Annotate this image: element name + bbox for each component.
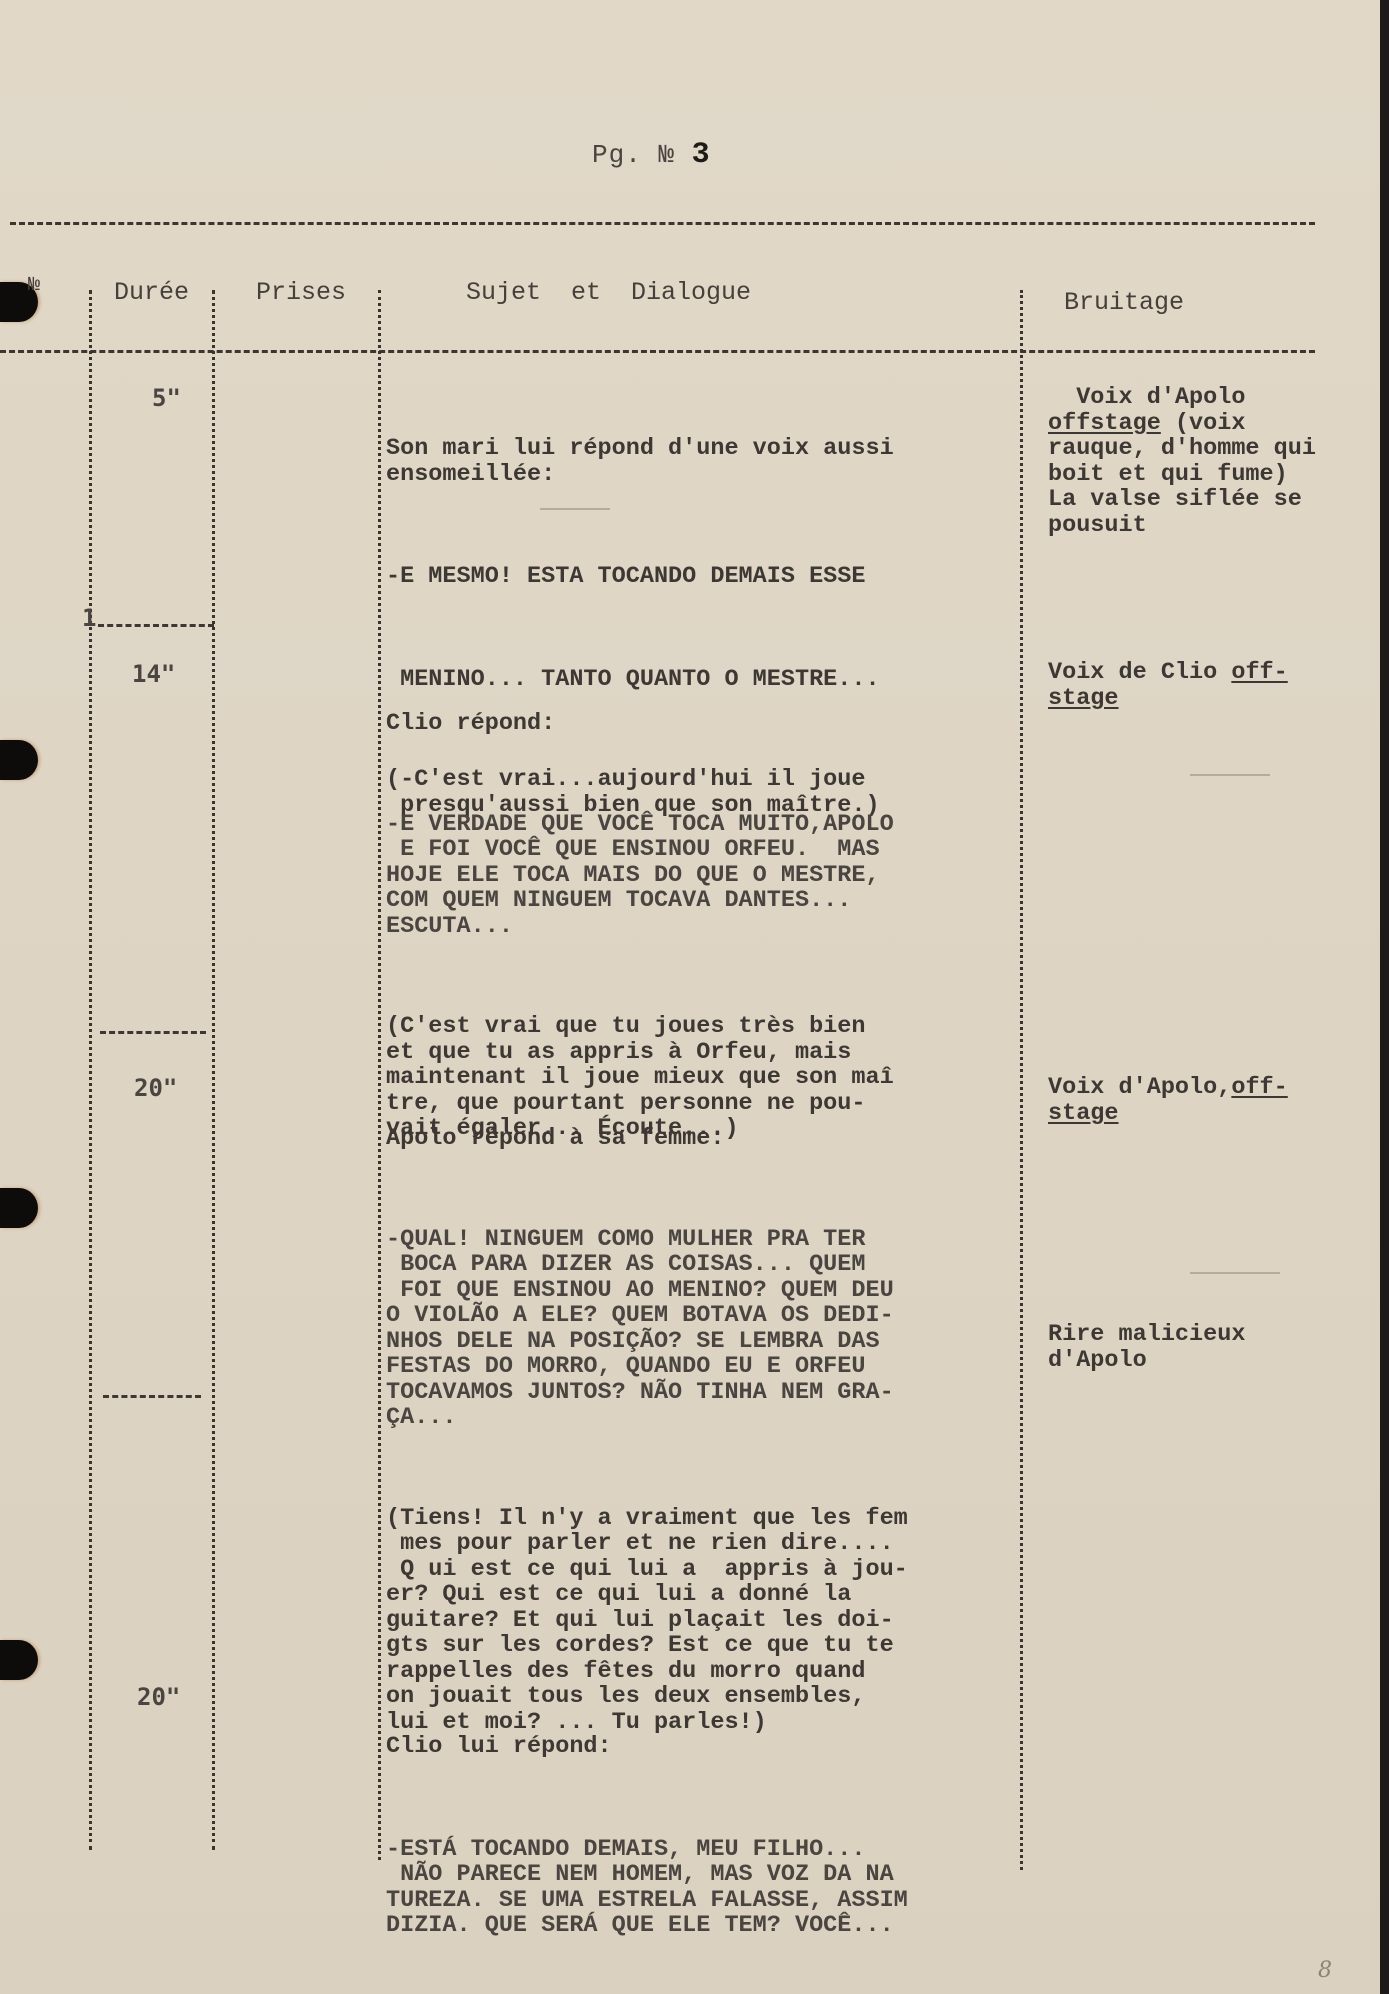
scene-1-duration: 5" <box>152 384 181 412</box>
column-header-no: № <box>28 274 40 297</box>
punch-hole <box>0 1640 38 1680</box>
ink-smudge <box>1190 1272 1280 1274</box>
scene-2-intro: Clio répond: <box>386 711 1036 737</box>
scene-3-bruitage: Voix d'Apolo,off- stage <box>1048 1075 1378 1126</box>
scene-2-bruitage: Voix de Clio off- stage <box>1048 660 1378 711</box>
scene-3-intro: Apolo répond à sa femme: <box>386 1126 1036 1152</box>
punch-hole <box>0 740 38 780</box>
scene-1-dialogue-pt: -E MESMO! ESTA TOCANDO DEMAIS ESSE <box>386 564 1036 590</box>
scene-divider <box>98 624 214 627</box>
bruitage-voice: Voix d'Apolo, <box>1048 1074 1231 1101</box>
scene-3-duration: 20" <box>134 1074 177 1102</box>
scene-divider <box>103 1395 201 1398</box>
ink-smudge <box>540 508 610 510</box>
scan-edge <box>1380 0 1389 1994</box>
column-separator-no-duree <box>89 290 92 1850</box>
bruitage-voice: Voix de Clio <box>1048 659 1231 686</box>
column-header-sujet: Sujet et Dialogue <box>466 278 751 307</box>
scene-4-dialogue-pt: -ESTÁ TOCANDO DEMAIS, MEU FILHO... NÃO P… <box>386 1837 1036 1939</box>
page-title: Pg. № 3 <box>592 138 711 172</box>
scene-2-duration: 14" <box>132 660 175 688</box>
column-header-bruitage: Bruitage <box>1064 288 1184 317</box>
scene-divider <box>100 1031 206 1034</box>
ink-smudge <box>1190 774 1270 776</box>
offstage-label: stage <box>1048 1100 1119 1127</box>
scene-1-intro: Son mari lui répond d'une voix aussi ens… <box>386 436 1036 487</box>
punch-hole <box>0 1188 38 1228</box>
scene-3-dialogue-pt: -QUAL! NINGUEM COMO MULHER PRA TER BOCA … <box>386 1227 1036 1431</box>
column-separator-prises-sujet <box>378 290 381 1860</box>
bruitage-voice: Voix d'Apolo <box>1048 384 1245 411</box>
scene-3-sujet: Apolo répond à sa femme: -QUAL! NINGUEM … <box>386 1075 1036 1786</box>
column-header-duree: Durée <box>114 278 189 307</box>
header-divider <box>0 350 1315 353</box>
top-divider <box>10 222 1315 225</box>
scene-2-dialogue-pt: -E VERDADE QUE VOCÊ TOCA MUITO,APOLO E F… <box>386 812 1036 940</box>
offstage-label: stage <box>1048 685 1119 712</box>
page-number: 3 <box>692 138 711 172</box>
scene-4-sujet: Clio lui répond: -ESTÁ TOCANDO DEMAIS, M… <box>386 1683 1036 1990</box>
offstage-label: off- <box>1231 659 1287 686</box>
offstage-label: off- <box>1231 1074 1287 1101</box>
column-separator-duree-prises <box>212 290 215 1850</box>
column-header-prises: Prises <box>256 278 346 307</box>
page-label: Pg. № <box>592 140 675 170</box>
scene-3-bruitage-laugh: Rire malicieux d'Apolo <box>1048 1322 1378 1373</box>
typescript-page: Pg. № 3 № Durée Prises Sujet et Dialogue… <box>0 0 1380 1994</box>
pencil-margin-note: 8 <box>1318 1958 1332 1983</box>
scene-4-duration: 20" <box>137 1683 180 1711</box>
scene-1-number: 1 <box>82 604 96 632</box>
scene-4-intro: Clio lui répond: <box>386 1734 1036 1760</box>
offstage-label: offstage <box>1048 410 1161 437</box>
scene-1-bruitage: Voix d'Apolo offstage (voix rauque, d'ho… <box>1048 385 1378 538</box>
